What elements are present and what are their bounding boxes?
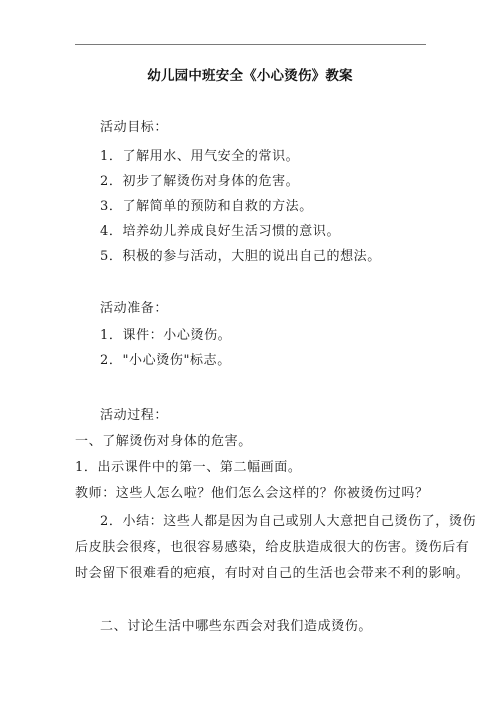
preparation-item: 1．课件：小心烫伤。 xyxy=(100,324,231,343)
preparation-heading: 活动准备： xyxy=(100,297,168,316)
goal-item: 2．初步了解烫伤对身体的危害。 xyxy=(100,170,299,189)
document-title: 幼儿园中班安全《小心烫伤》教案 xyxy=(0,64,500,84)
preparation-item: 2．"小心烫伤"标志。 xyxy=(100,349,231,368)
summary-line: 时会留下很难看的疤痕，有时对自己的生活也会带来不利的影响。 xyxy=(75,562,469,581)
goals-heading: 活动目标： xyxy=(100,116,168,135)
goal-item: 5．积极的参与活动，大胆的说出自己的想法。 xyxy=(100,245,381,264)
process-part1-heading: 一、了解烫伤对身体的危害。 xyxy=(75,430,252,449)
process-step-1: 1．出示课件中的第一、第二幅画面。 xyxy=(75,456,301,475)
teacher-question: 教师：这些人怎么啦？他们怎么会这样的？你被烫伤过吗？ xyxy=(75,482,429,501)
summary-line: 后皮肤会很疼，也很容易感染，给皮肤造成很大的伤害。烫伤后有 xyxy=(75,536,469,555)
document-page: 幼儿园中班安全《小心烫伤》教案 活动目标： 1．了解用水、用气安全的常识。 2．… xyxy=(0,0,500,707)
goal-item: 3．了解简单的预防和自救的方法。 xyxy=(100,195,313,214)
process-part2-heading: 二、讨论生活中哪些东西会对我们造成烫伤。 xyxy=(100,615,372,634)
header-rule xyxy=(75,44,426,45)
process-heading: 活动过程： xyxy=(100,404,168,423)
goal-item: 1．了解用水、用气安全的常识。 xyxy=(100,145,299,164)
goal-item: 4．培养幼儿养成良好生活习惯的意识。 xyxy=(100,220,340,239)
summary-line: 2．小结：这些人都是因为自己或别人大意把自己烫伤了，烫伤 xyxy=(100,510,476,529)
